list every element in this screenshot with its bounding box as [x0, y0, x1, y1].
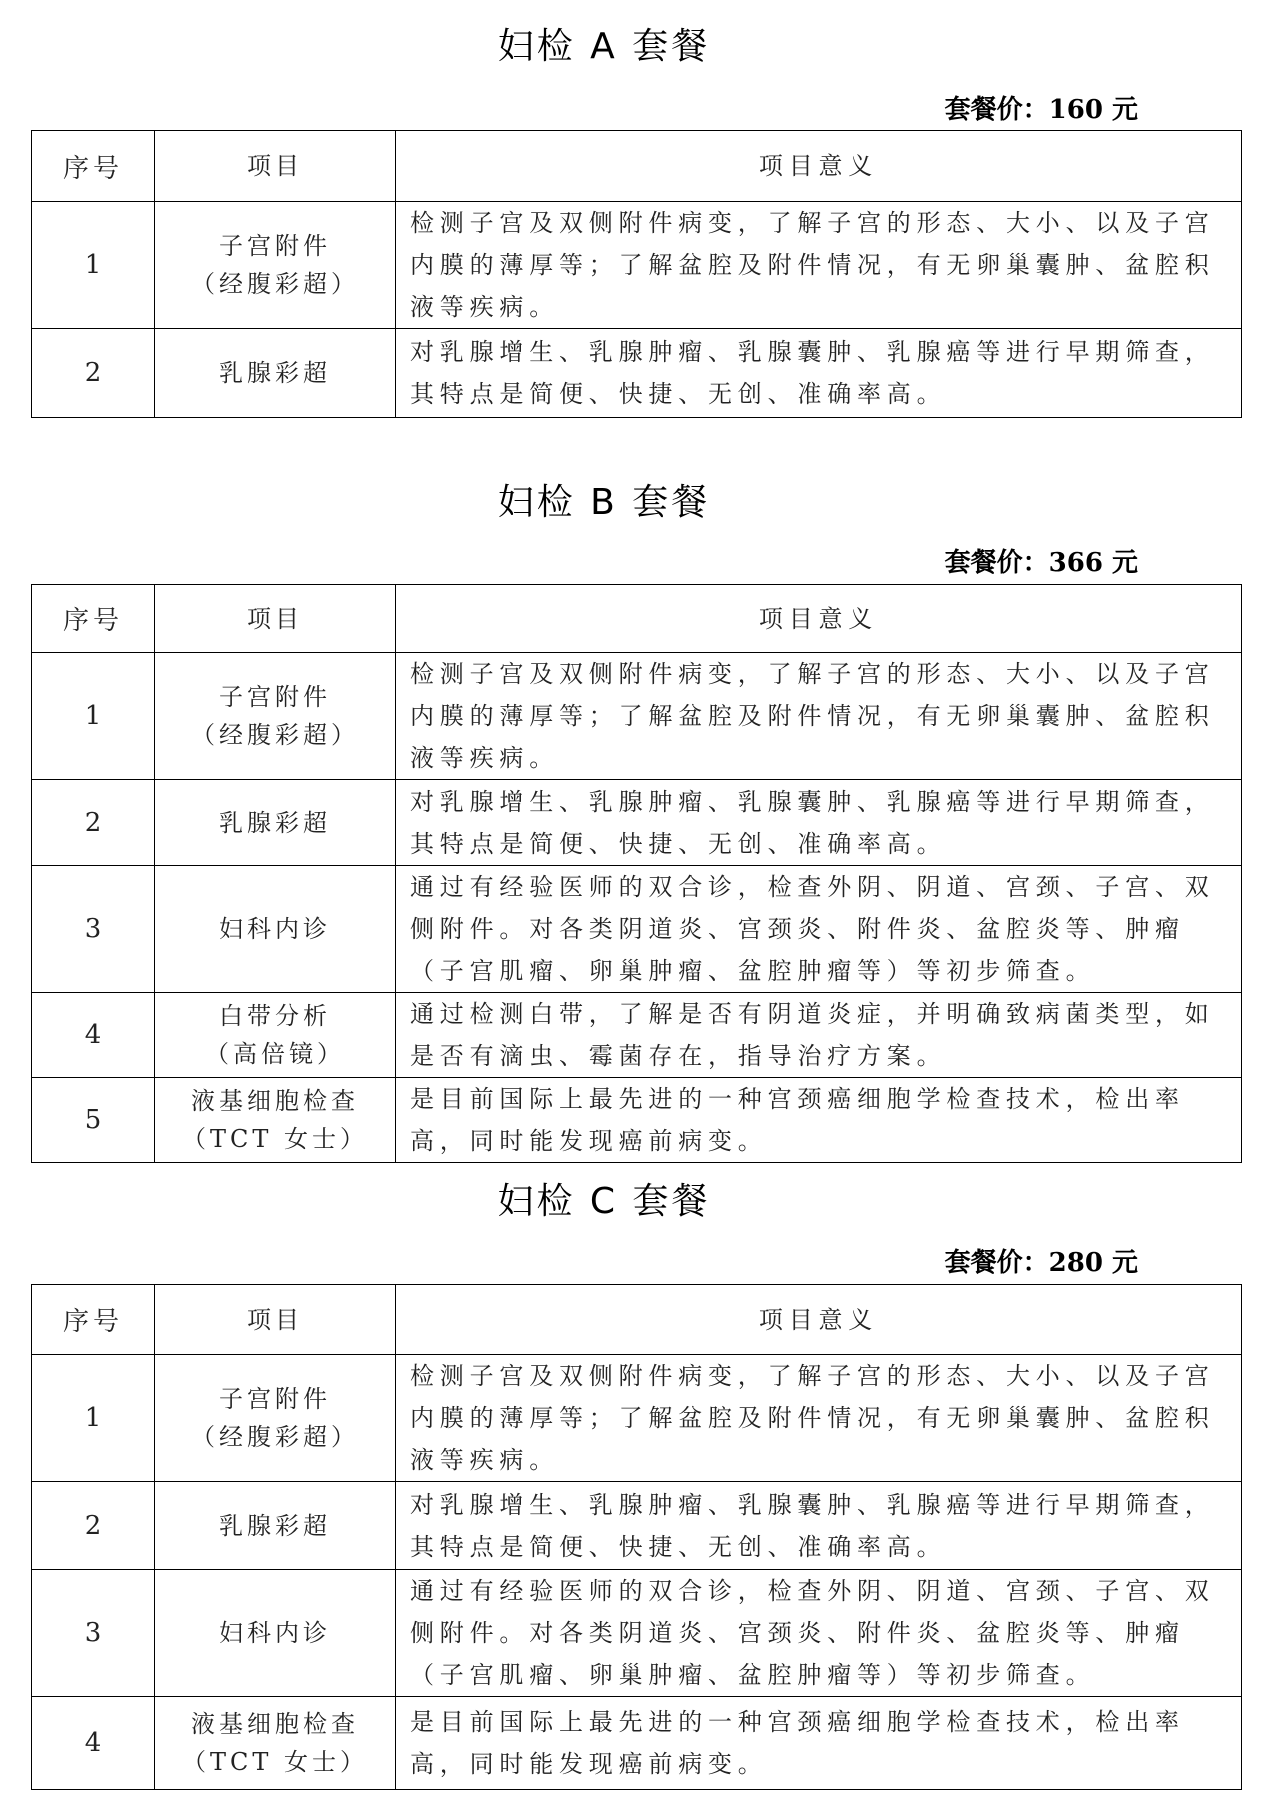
table-row: 4 液基细胞检查（TCT 女士） 是目前国际上最先进的一种宫颈癌细胞学检查技术，…	[32, 1697, 1242, 1790]
row-item: 乳腺彩超	[155, 329, 396, 418]
row-meaning: 对乳腺增生、乳腺肿瘤、乳腺囊肿、乳腺癌等进行早期筛查，其特点是简便、快捷、无创、…	[396, 780, 1242, 866]
item-subtitle: （TCT 女士）	[155, 1120, 395, 1158]
item-name: 妇科内诊	[155, 1614, 395, 1652]
package-c-title: 妇检 C 套餐	[0, 1180, 1208, 1224]
row-meaning: 是目前国际上最先进的一种宫颈癌细胞学检查技术，检出率高，同时能发现癌前病变。	[396, 1697, 1242, 1790]
header-meaning: 项目意义	[396, 131, 1242, 202]
row-meaning: 对乳腺增生、乳腺肿瘤、乳腺囊肿、乳腺癌等进行早期筛查，其特点是简便、快捷、无创、…	[396, 329, 1242, 418]
header-item: 项目	[155, 131, 396, 202]
header-item: 项目	[155, 585, 396, 653]
item-name: 白带分析	[155, 997, 395, 1035]
row-no: 4	[32, 1697, 155, 1790]
header-item: 项目	[155, 1285, 396, 1355]
item-name: 液基细胞检查	[155, 1082, 395, 1120]
item-name: 乳腺彩超	[155, 354, 395, 392]
row-meaning: 通过检测白带，了解是否有阴道炎症，并明确致病菌类型，如是否有滴虫、霉菌存在，指导…	[396, 993, 1242, 1078]
row-item: 子宫附件（经腹彩超）	[155, 1355, 396, 1482]
row-no: 1	[32, 202, 155, 329]
item-name: 乳腺彩超	[155, 804, 395, 842]
item-name: 子宫附件	[155, 227, 395, 265]
package-b-title: 妇检 B 套餐	[0, 481, 1208, 525]
row-no: 2	[32, 329, 155, 418]
item-subtitle: （经腹彩超）	[155, 1418, 395, 1456]
package-c-price: 套餐价：280 元	[945, 1246, 1138, 1280]
item-name: 乳腺彩超	[155, 1507, 395, 1545]
row-no: 4	[32, 993, 155, 1078]
table-row: 1 子宫附件（经腹彩超） 检测子宫及双侧附件病变，了解子宫的形态、大小、以及子宫…	[32, 202, 1242, 329]
row-meaning: 通过有经验医师的双合诊，检查外阴、阴道、宫颈、子宫、双侧附件。对各类阴道炎、宫颈…	[396, 866, 1242, 993]
table-row: 3 妇科内诊 通过有经验医师的双合诊，检查外阴、阴道、宫颈、子宫、双侧附件。对各…	[32, 1570, 1242, 1697]
package-b-price: 套餐价：366 元	[945, 546, 1138, 580]
row-meaning: 检测子宫及双侧附件病变，了解子宫的形态、大小、以及子宫内膜的薄厚等；了解盆腔及附…	[396, 202, 1242, 329]
package-b-table: 序号 项目 项目意义 1 子宫附件（经腹彩超） 检测子宫及双侧附件病变，了解子宫…	[31, 584, 1242, 1163]
table-row: 1 子宫附件（经腹彩超） 检测子宫及双侧附件病变，了解子宫的形态、大小、以及子宫…	[32, 1355, 1242, 1482]
item-subtitle: （经腹彩超）	[155, 716, 395, 754]
row-no: 3	[32, 1570, 155, 1697]
row-meaning: 对乳腺增生、乳腺肿瘤、乳腺囊肿、乳腺癌等进行早期筛查，其特点是简便、快捷、无创、…	[396, 1482, 1242, 1570]
table-row: 3 妇科内诊 通过有经验医师的双合诊，检查外阴、阴道、宫颈、子宫、双侧附件。对各…	[32, 866, 1242, 993]
table-row: 4 白带分析（高倍镜） 通过检测白带，了解是否有阴道炎症，并明确致病菌类型，如是…	[32, 993, 1242, 1078]
row-meaning: 检测子宫及双侧附件病变，了解子宫的形态、大小、以及子宫内膜的薄厚等；了解盆腔及附…	[396, 1355, 1242, 1482]
row-no: 2	[32, 1482, 155, 1570]
table-row: 5 液基细胞检查（TCT 女士） 是目前国际上最先进的一种宫颈癌细胞学检查技术，…	[32, 1078, 1242, 1163]
package-c-table: 序号 项目 项目意义 1 子宫附件（经腹彩超） 检测子宫及双侧附件病变，了解子宫…	[31, 1284, 1242, 1790]
item-name: 妇科内诊	[155, 910, 395, 948]
table-row: 2 乳腺彩超 对乳腺增生、乳腺肿瘤、乳腺囊肿、乳腺癌等进行早期筛查，其特点是简便…	[32, 1482, 1242, 1570]
table-row: 2 乳腺彩超 对乳腺增生、乳腺肿瘤、乳腺囊肿、乳腺癌等进行早期筛查，其特点是简便…	[32, 329, 1242, 418]
row-item: 妇科内诊	[155, 1570, 396, 1697]
item-name: 子宫附件	[155, 678, 395, 716]
header-meaning: 项目意义	[396, 585, 1242, 653]
row-item: 液基细胞检查（TCT 女士）	[155, 1697, 396, 1790]
row-item: 子宫附件（经腹彩超）	[155, 653, 396, 780]
row-no: 2	[32, 780, 155, 866]
header-meaning: 项目意义	[396, 1285, 1242, 1355]
package-a-title: 妇检 A 套餐	[0, 25, 1208, 69]
header-no: 序号	[32, 1285, 155, 1355]
table-header-row: 序号 项目 项目意义	[32, 1285, 1242, 1355]
table-header-row: 序号 项目 项目意义	[32, 131, 1242, 202]
row-meaning: 通过有经验医师的双合诊，检查外阴、阴道、宫颈、子宫、双侧附件。对各类阴道炎、宫颈…	[396, 1570, 1242, 1697]
package-a-table: 序号 项目 项目意义 1 子宫附件（经腹彩超） 检测子宫及双侧附件病变，了解子宫…	[31, 130, 1242, 418]
row-no: 1	[32, 653, 155, 780]
row-meaning: 是目前国际上最先进的一种宫颈癌细胞学检查技术，检出率高，同时能发现癌前病变。	[396, 1078, 1242, 1163]
item-name: 液基细胞检查	[155, 1705, 395, 1743]
item-subtitle: （TCT 女士）	[155, 1743, 395, 1781]
header-no: 序号	[32, 131, 155, 202]
row-item: 液基细胞检查（TCT 女士）	[155, 1078, 396, 1163]
table-row: 1 子宫附件（经腹彩超） 检测子宫及双侧附件病变，了解子宫的形态、大小、以及子宫…	[32, 653, 1242, 780]
package-a-price: 套餐价：160 元	[945, 93, 1138, 127]
row-item: 乳腺彩超	[155, 1482, 396, 1570]
row-item: 乳腺彩超	[155, 780, 396, 866]
table-header-row: 序号 项目 项目意义	[32, 585, 1242, 653]
row-no: 1	[32, 1355, 155, 1482]
row-item: 白带分析（高倍镜）	[155, 993, 396, 1078]
item-subtitle: （经腹彩超）	[155, 265, 395, 303]
row-meaning: 检测子宫及双侧附件病变，了解子宫的形态、大小、以及子宫内膜的薄厚等；了解盆腔及附…	[396, 653, 1242, 780]
item-subtitle: （高倍镜）	[155, 1035, 395, 1073]
row-item: 子宫附件（经腹彩超）	[155, 202, 396, 329]
table-row: 2 乳腺彩超 对乳腺增生、乳腺肿瘤、乳腺囊肿、乳腺癌等进行早期筛查，其特点是简便…	[32, 780, 1242, 866]
row-item: 妇科内诊	[155, 866, 396, 993]
row-no: 5	[32, 1078, 155, 1163]
item-name: 子宫附件	[155, 1380, 395, 1418]
row-no: 3	[32, 866, 155, 993]
header-no: 序号	[32, 585, 155, 653]
